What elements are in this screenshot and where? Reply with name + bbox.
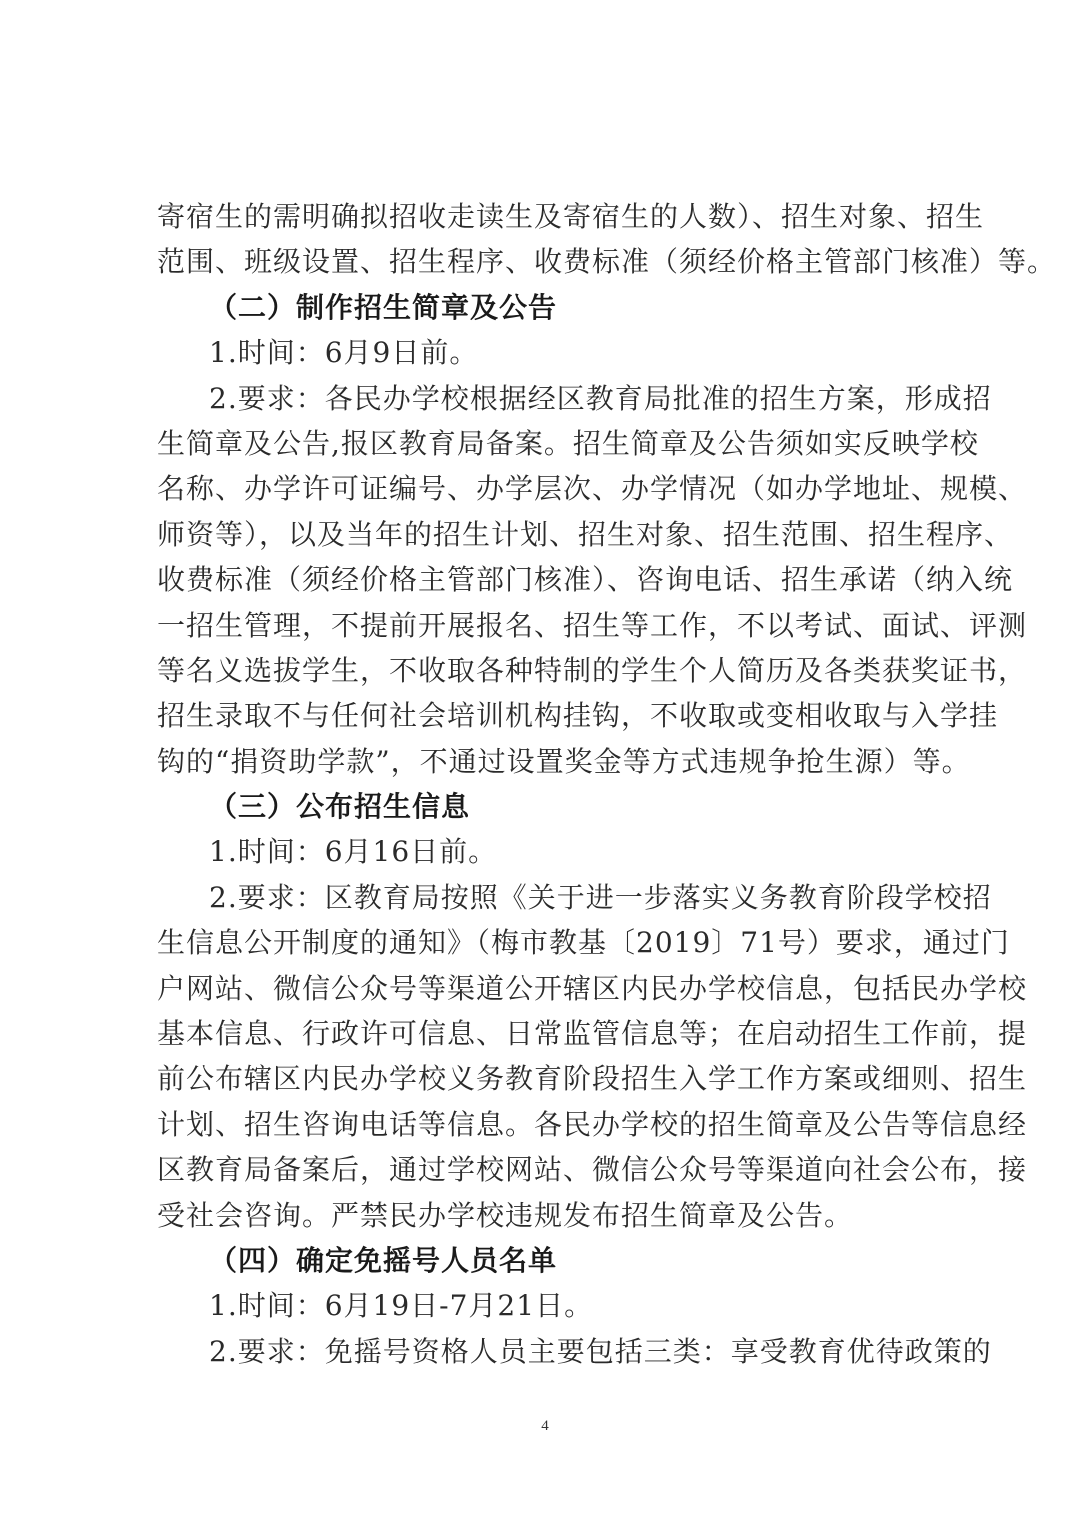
requirement-line: 2.要求：各民办学校根据经区教育局批准的招生方案，形成招: [157, 376, 939, 421]
body-line: 计划、招生咨询电话等信息。各民办学校的招生简章及公告等信息经: [157, 1102, 939, 1147]
body-line: 招生录取不与任何社会培训机构挂钩，不收取或变相收取与入学挂: [157, 693, 939, 738]
section-heading-3: （三）公布招生信息: [157, 784, 939, 829]
body-line: 收费标准（须经价格主管部门核准）、咨询电话、招生承诺（纳入统: [157, 557, 939, 602]
time-line: 1.时间：6月9日前。: [157, 330, 939, 375]
requirement-line: 2.要求：免摇号资格人员主要包括三类：享受教育优待政策的: [157, 1329, 939, 1374]
document-body: 寄宿生的需明确拟招收走读生及寄宿生的人数）、招生对象、招生 范围、班级设置、招生…: [157, 194, 939, 1374]
body-line: 范围、班级设置、招生程序、收费标准（须经价格主管部门核准）等。: [157, 239, 939, 284]
body-line: 受社会咨询。严禁民办学校违规发布招生简章及公告。: [157, 1193, 939, 1238]
document-page: 寄宿生的需明确拟招收走读生及寄宿生的人数）、招生对象、招生 范围、班级设置、招生…: [0, 0, 1080, 1527]
time-line: 1.时间：6月19日-7月21日。: [157, 1283, 939, 1328]
body-line: 生简章及公告,报区教育局备案。招生简章及公告须如实反映学校: [157, 421, 939, 466]
body-line: 名称、办学许可证编号、办学层次、办学情况（如办学地址、规模、: [157, 466, 939, 511]
body-line: 师资等），以及当年的招生计划、招生对象、招生范围、招生程序、: [157, 512, 939, 557]
body-line: 生信息公开制度的通知》（梅市教基〔2019〕71号）要求，通过门: [157, 920, 939, 965]
section-heading-2: （二）制作招生简章及公告: [157, 285, 939, 330]
body-line: 户网站、微信公众号等渠道公开辖区内民办学校信息，包括民办学校: [157, 966, 939, 1011]
body-line: 一招生管理，不提前开展报名、招生等工作，不以考试、面试、评测: [157, 603, 939, 648]
time-line: 1.时间：6月16日前。: [157, 829, 939, 874]
body-line: 区教育局备案后，通过学校网站、微信公众号等渠道向社会公布，接: [157, 1147, 939, 1192]
requirement-line: 2.要求：区教育局按照《关于进一步落实义务教育阶段学校招: [157, 875, 939, 920]
body-line: 钩的“捐资助学款”，不通过设置奖金等方式违规争抢生源）等。: [157, 739, 939, 784]
section-heading-4: （四）确定免摇号人员名单: [157, 1238, 939, 1283]
page-number: 4: [0, 1418, 1080, 1435]
body-line: 前公布辖区内民办学校义务教育阶段招生入学工作方案或细则、招生: [157, 1056, 939, 1101]
body-line: 基本信息、行政许可信息、日常监管信息等；在启动招生工作前，提: [157, 1011, 939, 1056]
body-line: 等名义选拔学生，不收取各种特制的学生个人简历及各类获奖证书，: [157, 648, 939, 693]
body-line: 寄宿生的需明确拟招收走读生及寄宿生的人数）、招生对象、招生: [157, 194, 939, 239]
